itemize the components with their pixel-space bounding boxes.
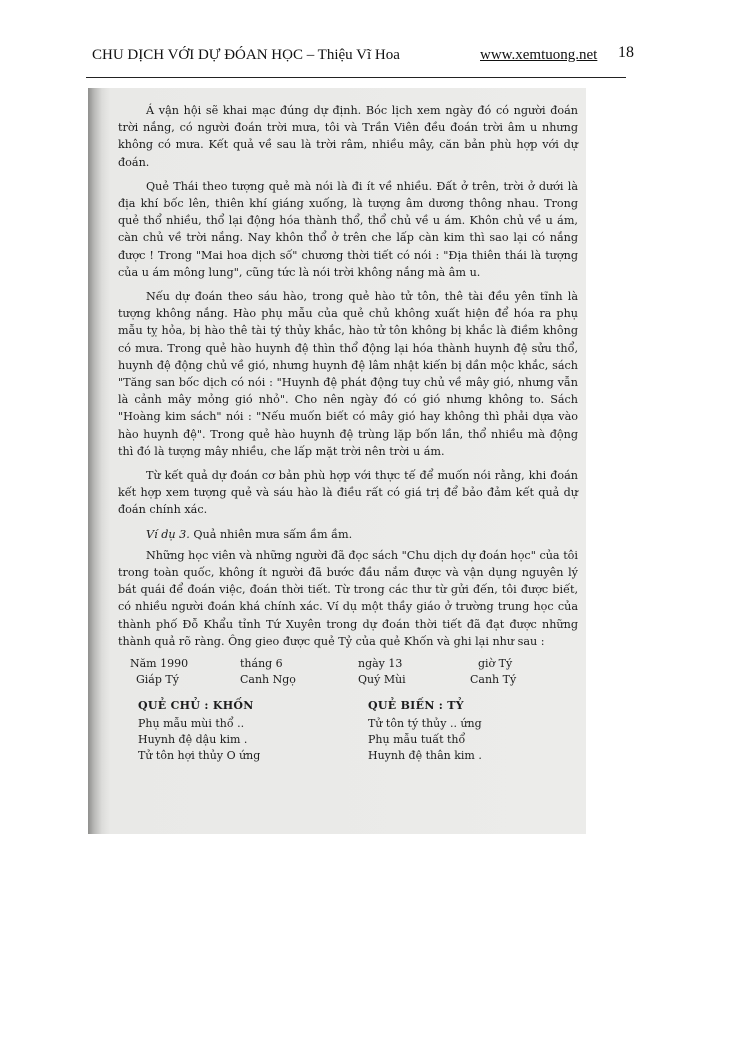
hexagram-main-title: QUẺ CHỦ : KHỐN — [138, 698, 368, 714]
date-cell: Năm 1990 — [130, 656, 240, 672]
hexagram-line: Huynh đệ dậu kim . — [138, 732, 368, 748]
date-cell: Quý Mùi — [358, 672, 478, 688]
scanned-page: Á vận hội sẽ khai mạc đúng dự định. Bóc … — [88, 88, 586, 834]
date-cell: Canh Tý — [470, 672, 590, 688]
page-header: CHU DỊCH VỚI DỰ ĐÓAN HỌC – Thiệu Vĩ Hoa … — [92, 44, 628, 66]
date-cell: ngày 13 — [358, 656, 478, 672]
hexagram-line: Phụ mẫu mùi thổ .. — [138, 716, 368, 732]
example-title: Quả nhiên mưa sấm ầm ầm. — [190, 528, 352, 541]
hexagram-table: QUẺ CHỦ : KHỐN Phụ mẫu mùi thổ .. Huynh … — [138, 698, 578, 764]
hexagram-changed-title: QUẺ BIẾN : TỶ — [368, 698, 598, 714]
paragraph: Nếu dự đoán theo sáu hào, trong quẻ hào … — [118, 288, 578, 460]
example-label: Ví dụ 3. — [146, 528, 190, 541]
date-cell: giờ Tý — [478, 656, 590, 672]
date-cell: Canh Ngọ — [240, 672, 358, 688]
hexagram-changed: QUẺ BIẾN : TỶ Tử tôn tý thủy .. ứng Phụ … — [368, 698, 598, 764]
date-cell: tháng 6 — [240, 656, 358, 672]
hexagram-line: Tử tôn tý thủy .. ứng — [368, 716, 598, 732]
page-body: Á vận hội sẽ khai mạc đúng dự định. Bóc … — [118, 102, 578, 764]
hexagram-main: QUẺ CHỦ : KHỐN Phụ mẫu mùi thổ .. Huynh … — [138, 698, 368, 764]
date-cell: Giáp Tý — [130, 672, 240, 688]
paragraph: Quẻ Thái theo tượng quẻ mà nói là đi ít … — [118, 178, 578, 281]
header-divider — [86, 77, 626, 78]
book-title: CHU DỊCH VỚI DỰ ĐÓAN HỌC – Thiệu Vĩ Hoa — [92, 47, 400, 64]
paragraph: Những học viên và những người đã đọc sác… — [118, 547, 578, 650]
website-link[interactable]: www.xemtuong.net — [480, 47, 597, 64]
hexagram-line: Phụ mẫu tuất thổ — [368, 732, 598, 748]
paragraph: Á vận hội sẽ khai mạc đúng dự định. Bóc … — [118, 102, 578, 171]
example-heading: Ví dụ 3. Quả nhiên mưa sấm ầm ầm. — [118, 526, 578, 543]
hexagram-line: Huynh đệ thân kim . — [368, 748, 598, 764]
date-table: Năm 1990 tháng 6 ngày 13 giờ Tý Giáp Tý … — [130, 656, 578, 688]
paragraph: Từ kết quả dự đoán cơ bản phù hợp với th… — [118, 467, 578, 519]
hexagram-line: Tử tôn hợi thủy O ứng — [138, 748, 368, 764]
page-number: 18 — [618, 44, 634, 62]
